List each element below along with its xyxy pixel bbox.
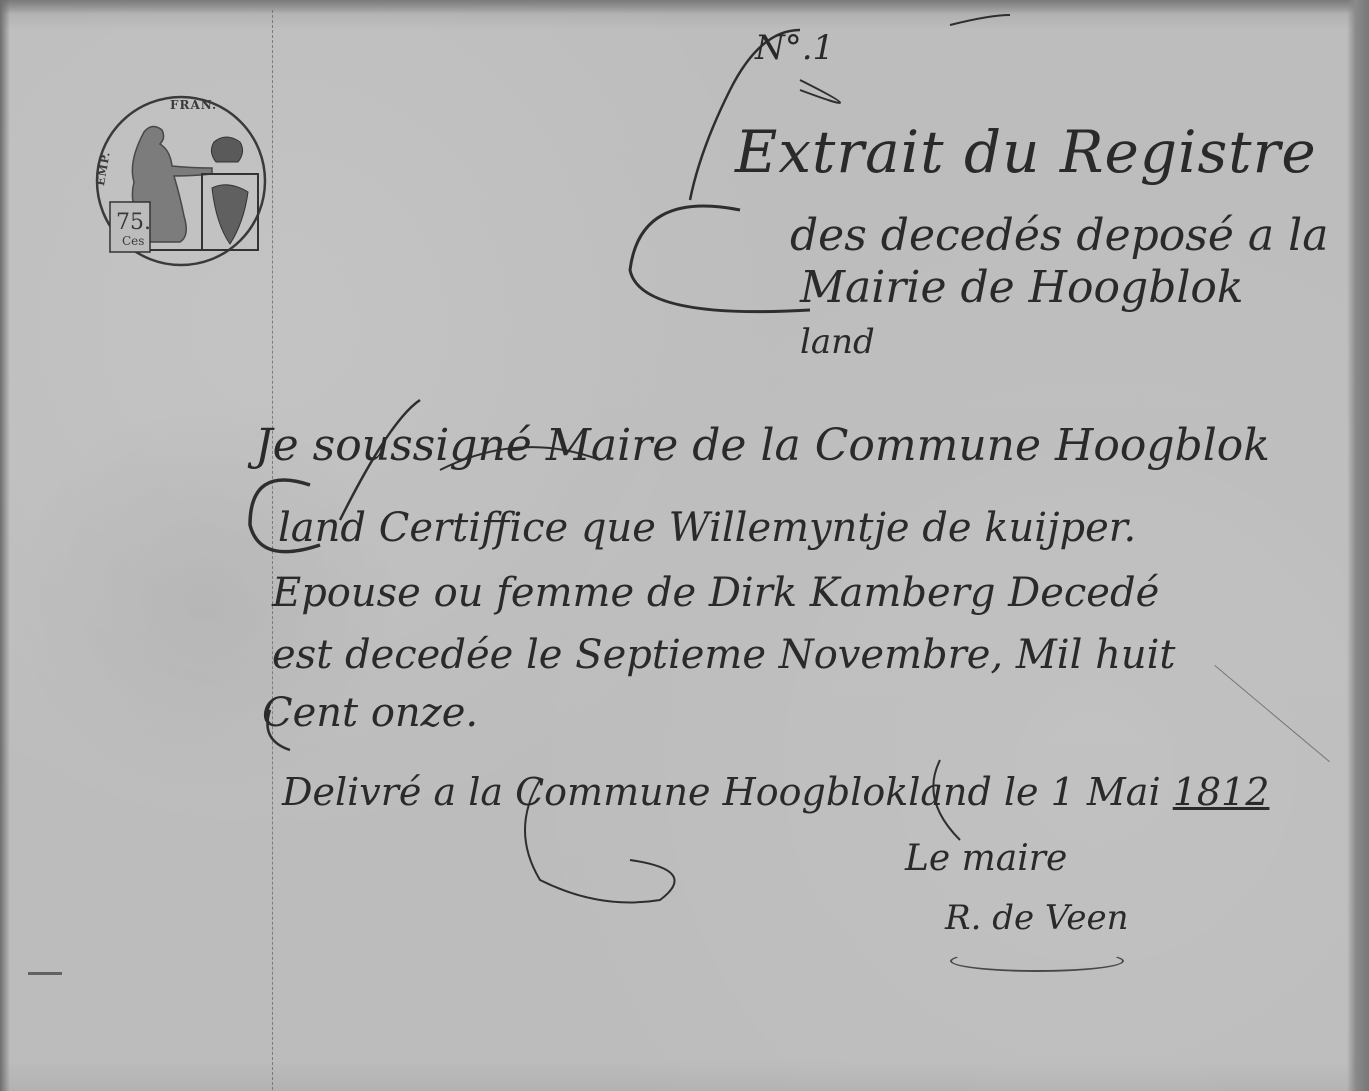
margin-rule [272, 10, 274, 1090]
body-line-4: est decedée le Septieme Novembre, Mil hu… [272, 632, 1175, 678]
reference-number: N°.1 [755, 28, 834, 68]
tax-stamp: FRAN. EMP. 75. Ces [92, 92, 270, 270]
page-top-edge [0, 0, 1369, 14]
signatory-title: Le maire [905, 838, 1067, 879]
title-line-4: land [800, 322, 875, 362]
document-page: FRAN. EMP. 75. Ces N°.1 Extrait du Regis… [0, 0, 1369, 1091]
page-left-edge [0, 0, 10, 1091]
fold-crease [1214, 665, 1330, 762]
stamp-unit: Ces [122, 234, 144, 248]
delivery-text: Delivré a la Commune Hoogblokland le 1 M… [282, 770, 1161, 814]
title-line-3: Mairie de Hoogblok [800, 262, 1244, 313]
page-right-edge [1347, 0, 1369, 1091]
margin-mark [28, 972, 62, 981]
body-line-3: Epouse ou femme de Dirk Kamberg Decedé [272, 570, 1159, 616]
body-line-5: Cent onze. [262, 690, 478, 736]
title-line-2: des decedés deposé a la [790, 210, 1328, 261]
body-line-2: land Certiffice que Willemyntje de kuijp… [278, 505, 1136, 551]
body-line-1: Je soussigné Maire de la Commune Hoogblo… [255, 420, 1270, 471]
title-line-1: Extrait du Registre [735, 118, 1317, 186]
mayor-signature: R. de Veen [945, 898, 1128, 938]
stamp-top-text: FRAN. [170, 98, 217, 112]
delivery-line: Delivré a la Commune Hoogblokland le 1 M… [282, 770, 1269, 814]
stamp-seal-icon [92, 92, 270, 270]
stamp-value: 75. [116, 210, 151, 235]
title-flourish-icon [600, 10, 1360, 370]
delivery-year: 1812 [1173, 770, 1270, 814]
signature-underline-icon [950, 950, 1124, 972]
